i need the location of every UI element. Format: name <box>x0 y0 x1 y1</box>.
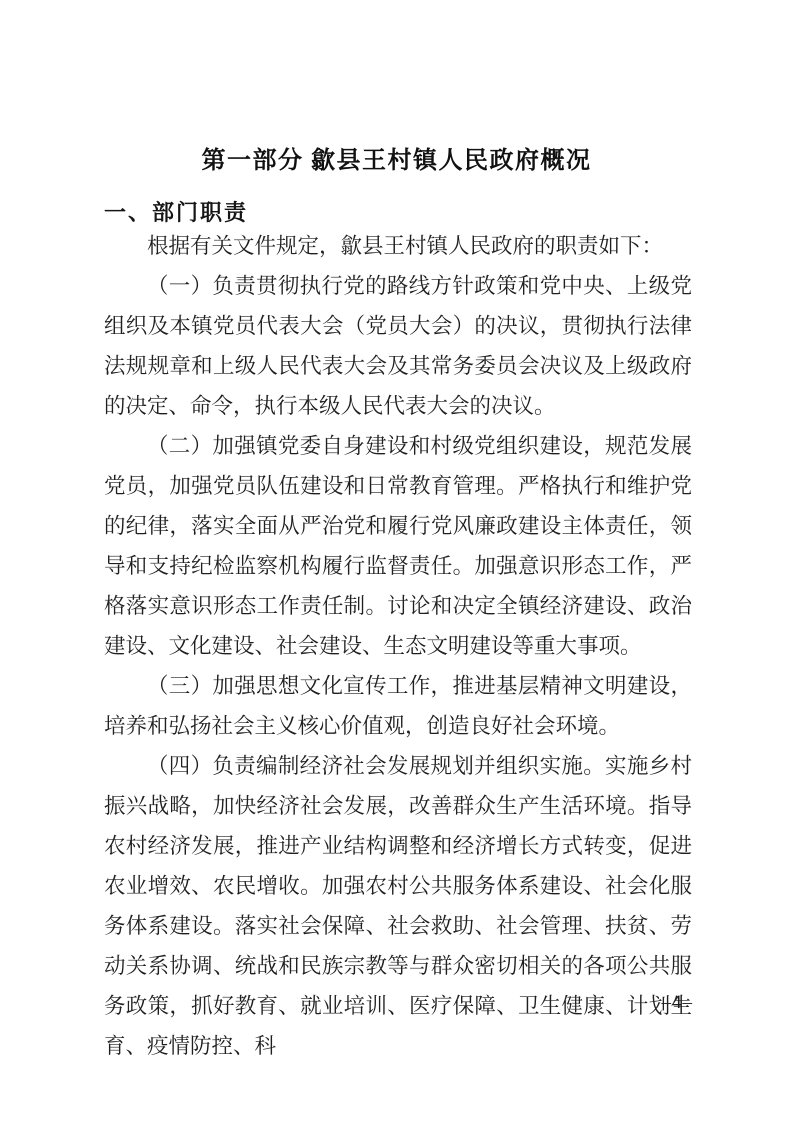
paragraph-duty-3: （三）加强思想文化宣传工作，推进基层精神文明建设，培养和弘扬社会主义核心价值观，… <box>104 666 692 746</box>
paragraph-intro: 根据有关文件规定，歙县王村镇人民政府的职责如下： <box>104 226 692 266</box>
paragraph-duty-2: （二）加强镇党委自身建设和村级党组织建设，规范发展党员，加强党员队伍建设和日常教… <box>104 426 692 666</box>
document-page: 第一部分 歙县王村镇人民政府概况 一、部门职责 根据有关文件规定，歙县王村镇人民… <box>0 0 793 1122</box>
paragraph-duty-4: （四）负责编制经济社会发展规划并组织实施。实施乡村振兴战略，加快经济社会发展，改… <box>104 746 692 1066</box>
document-body: 根据有关文件规定，歙县王村镇人民政府的职责如下： （一）负责贯彻执行党的路线方针… <box>104 226 692 1066</box>
paragraph-duty-1: （一）负责贯彻执行党的路线方针政策和党中央、上级党组织及本镇党员代表大会（党员大… <box>104 266 692 426</box>
document-title: 第一部分 歙县王村镇人民政府概况 <box>0 140 793 175</box>
page-number: –4– <box>662 992 694 1014</box>
section-heading: 一、部门职责 <box>104 196 248 227</box>
